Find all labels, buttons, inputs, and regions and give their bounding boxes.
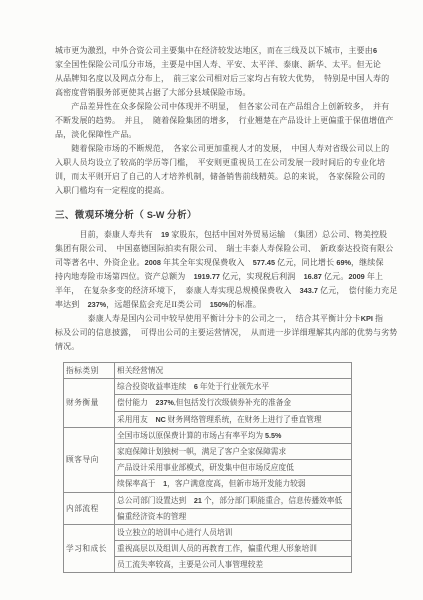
table-row: 财务衡量 综合投资收益率连续 6 年处于行业领先水平 [64,379,352,395]
text-line: 家全国性保险公司瓜分市场，主要是中国人寿、平安、太平洋、泰康、新华、太平。但无论 [55,58,377,72]
text-line: 入职人员均设立了较高的学历等门槛， 平安则更重视员工在公司发展一段时间后的专业化… [55,156,377,170]
header-cell-detail: 相关经营情况 [115,363,352,379]
text-line: 产品差异性在众多保险公司中体现并不明显， 但各家公司在产品组合上创新较多， 并有 [55,100,377,114]
paragraph-talent-development: 随着保险市场的不断规范， 各家公司更加重视人才的发展， 中国人寿对省级公司以上的… [55,142,377,198]
detail-cell: 综合投资收益率连续 6 年处于行业领先水平 [115,379,352,395]
category-cell-finance: 财务衡量 [64,379,115,428]
page-content: 城市更为激烈，中外合资公司主要集中在经济较发达地区，而在三线及以下城市，主要由 … [55,44,377,573]
detail-cell: 总公司部门设置达到 21 个，部分部门职能重合，信息传播效率低 [115,492,352,508]
text-line: 持内地寿险市场第四位。资产总额为 1919.77 亿元，实现税后利润 16.87… [55,270,377,284]
detail-cell: 续保率高于 1，客户满意度高，但新市场开发能力较弱 [115,476,352,492]
text-line: 品，淡化保障性产品。 [55,128,377,142]
text-line: 不断发展的趋势。 并且， 随着保险集团的增多， 行业翘楚在产品设计上更偏重于保值… [55,114,377,128]
text-line: 情况。 [55,340,377,354]
detail-cell: 产品设计采用事业部模式，研发集中但市场反应度低 [115,460,352,476]
text-line: 司等著名中、外资企业。2008 年其全年实现保费收入 577.45 亿元，同比增… [55,256,377,270]
table-row: 内部流程 总公司部门设置达到 21 个，部分部门职能重合，信息传播效率低 [64,492,352,508]
paragraph-company-overview: 目前，泰康人寿共有 19 家股东，包括中国对外贸易运输 （集团）总公司、物美控股… [55,228,377,312]
line-end-number: 6 [373,44,377,58]
line-end-text: KPI 指 [361,312,383,326]
text-line: 率达到 237%，远超保监会充足II类公司 150%的标准。 [55,298,377,312]
section-heading: 三、微观环境分析（ S-W 分析） [55,208,377,224]
line-text: 泰康人寿是国内公司中较早使用平衡计分卡的公司之一， 结合其平衡计分卡 [55,312,361,326]
text-line: 半年， 在复杂多变的经济环境下， 泰康人寿实现总规模保费收入 343.7 亿元，… [55,284,377,298]
detail-cell: 设立独立的培训中心进行人员培训 [115,524,352,540]
detail-cell: 采用用友 NC 财务网络管理系统，在财务上进行了垂直管理 [115,411,352,427]
text-line: 标及公司的信息披露， 可得出公司的主要运营情况， 从而进一步详细理解其内部的优势… [55,326,377,340]
paragraph-product-difference: 产品差异性在众多保险公司中体现并不明显， 但各家公司在产品组合上创新较多， 并有… [55,100,377,142]
detail-cell: 员工流失率较高，主要是公司人事管理较差 [115,557,352,573]
kpi-table: 指标类别 相关经营情况 财务衡量 综合投资收益率连续 6 年处于行业领先水平 偿… [63,362,352,573]
header-cell-category: 指标类别 [64,363,115,379]
line-text: 城市更为激烈，中外合资公司主要集中在经济较发达地区，而在三线及以下城市，主要由 [55,44,373,58]
table-row: 顾客导向 全国市场以原保费计算的市场占有率平均为 5.5% [64,427,352,443]
table-row: 学习和成长 设立独立的培训中心进行人员培训 [64,524,352,540]
paragraph-bsc-intro: 泰康人寿是国内公司中较早使用平衡计分卡的公司之一， 结合其平衡计分卡 KPI 指… [55,312,377,354]
text-line: 城市更为激烈，中外合资公司主要集中在经济较发达地区，而在三线及以下城市，主要由 … [55,44,377,58]
table-header-row: 指标类别 相关经营情况 [64,363,352,379]
category-cell-customer: 顾客导向 [64,427,115,492]
text-line: 目前，泰康人寿共有 19 家股东，包括中国对外贸易运输 （集团）总公司、物美控股 [55,228,377,242]
paragraph-market-competition: 城市更为激烈，中外合资公司主要集中在经济较发达地区，而在三线及以下城市，主要由 … [55,44,377,100]
text-line: 随着保险市场的不断规范， 各家公司更加重视人才的发展， 中国人寿对省级公司以上的 [55,142,377,156]
text-line: 高密度营销服务部更使其占据了大部分县域保险市场。 [55,86,377,100]
category-cell-learning-growth: 学习和成长 [64,524,115,573]
detail-cell: 全国市场以原保费计算的市场占有率平均为 5.5% [115,427,352,443]
text-line: 从品牌知名度以及网点分布上， 前三家公司相对后三家均占有较大优势， 特别是中国人… [55,72,377,86]
text-line: 泰康人寿是国内公司中较早使用平衡计分卡的公司之一， 结合其平衡计分卡 KPI 指 [55,312,377,326]
detail-cell: 重视高层以及组训人员的再教育工作，偏重代理人形象培训 [115,541,352,557]
text-line: 训，而太平则开启了自己的人才培养机制，储备销售前线精英。总的来说， 各家保险公司… [55,170,377,184]
category-cell-internal-process: 内部流程 [64,492,115,524]
detail-cell: 家庭保障计划独树一帜，满足了客户全家保障需求 [115,443,352,459]
detail-cell: 偿付能力 237%,但包括发行次级债券补充的准备金 [115,395,352,411]
detail-cell: 偏重经济资本的管理 [115,508,352,524]
document-page: 城市更为激烈，中外合资公司主要集中在经济较发达地区，而在三线及以下城市，主要由 … [0,0,423,600]
text-line: 集团有限公司、 中国嘉德国际拍卖有限公司、 瑞士丰泰人寿保险公司、 新政泰达投资… [55,242,377,256]
text-line: 入职门槛均有一定程度的提高。 [55,184,377,198]
